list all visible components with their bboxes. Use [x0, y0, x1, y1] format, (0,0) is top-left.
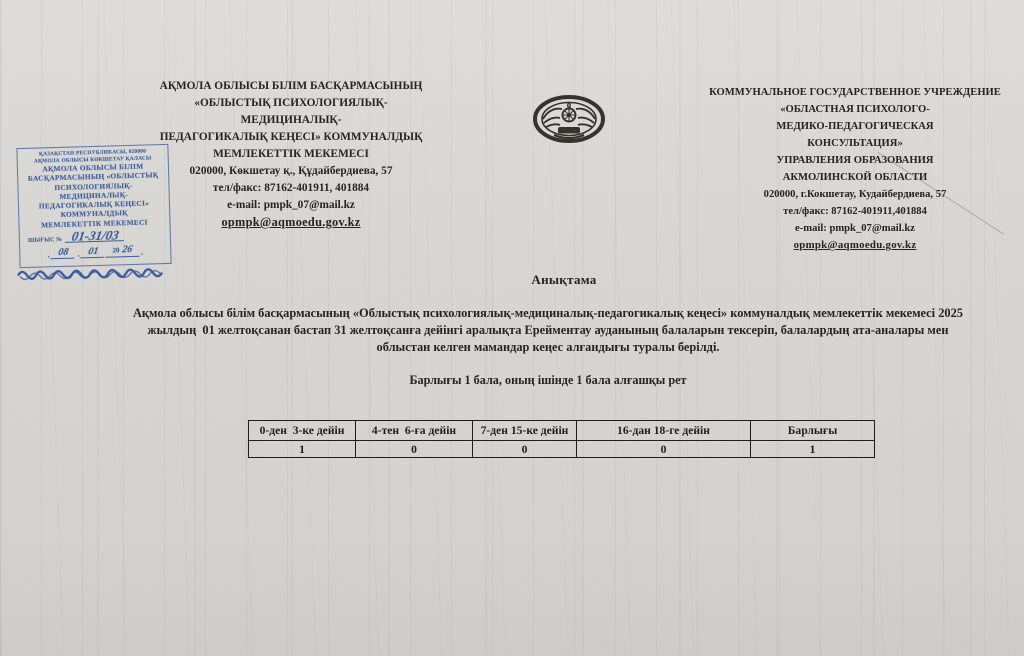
date-month-handwritten: 01 [80, 246, 106, 259]
org-name-line: АКМОЛИНСКОЙ ОБЛАСТИ [672, 169, 1024, 186]
value-7-15: 0 [473, 441, 577, 458]
org-name-line: АҚМОЛА ОБЛЫСЫ БІЛІМ БАСҚАРМАСЫНЫҢ [108, 78, 474, 95]
dot: . [141, 248, 143, 257]
totals-line: Барлығы 1 бала, оның ішінде 1 бала алғаш… [78, 373, 1018, 388]
scanned-certificate-page: АҚМОЛА ОБЛЫСЫ БІЛІМ БАСҚАРМАСЫНЫҢ «ОБЛЫС… [0, 0, 1024, 656]
registration-stamp: ҚАЗАҚСТАН РЕСПУБЛИКАСЫ, 020000 АҚМОЛА ОБ… [16, 144, 171, 268]
body-line: Ақмола облысы білім басқармасының «Облыс… [78, 305, 1018, 322]
org-phone: тел/факс: 87162-401911,401884 [672, 203, 1024, 220]
org-name-line: МЕДИКО-ПЕДАГОГИЧЕСКАЯ [672, 118, 1024, 135]
org-name-line: КОММУНАЛЬНОЕ ГОСУДАРСТВЕННОЕ УЧРЕЖДЕНИЕ [672, 84, 1024, 101]
org-name-line: МЕДИЦИНАЛЫҚ- [108, 112, 474, 129]
outgoing-number-handwritten: 01-31/03 [65, 229, 126, 243]
value-total: 1 [751, 441, 875, 458]
org-address: 020000, г.Кокшетау, Кудайбердиева, 57 [672, 186, 1024, 203]
col-header-0-3: 0-ден 3-ке дейін [249, 421, 356, 441]
org-name-line: КОНСУЛЬТАЦИЯ» [672, 135, 1024, 152]
org-name-line: «ОБЛЫСТЫҚ ПСИХОЛОГИЯЛЫҚ- [108, 95, 474, 112]
age-breakdown-table: 0-ден 3-ке дейін 4-тен 6-ға дейін 7-ден … [248, 420, 875, 458]
date-day-handwritten: 08 [50, 247, 76, 260]
org-name-line: УПРАВЛЕНИЯ ОБРАЗОВАНИЯ [672, 152, 1024, 169]
body-line: жылдың 01 желтоқсанан бастап 31 желтоқса… [78, 322, 1018, 339]
value-4-6: 0 [356, 441, 473, 458]
document-title: Анықтама [104, 272, 1024, 288]
col-header-16-18: 16-дан 18-ге дейін [577, 421, 751, 441]
letterhead-russian: КОММУНАЛЬНОЕ ГОСУДАРСТВЕННОЕ УЧРЕЖДЕНИЕ … [672, 84, 1024, 254]
year-prefix-printed: 20 [112, 246, 119, 254]
table-value-row: 1 0 0 0 1 [249, 441, 875, 458]
col-header-total: Барлығы [751, 421, 875, 441]
body-paragraph: Ақмола облысы білім басқармасының «Облыс… [78, 305, 1018, 356]
table-header-row: 0-ден 3-ке дейін 4-тен 6-ға дейін 7-ден … [249, 421, 875, 441]
org-email-underlined: opmpk@aqmoedu.gov.kz [672, 237, 1024, 254]
outgoing-number-label: ШЫҒЫС № [28, 237, 62, 244]
stamp-outgoing-number: ШЫҒЫС № 01-31/03 [28, 228, 168, 244]
org-name-line: «ОБЛАСТНАЯ ПСИХОЛОГО- [672, 101, 1024, 118]
col-header-4-6: 4-тен 6-ға дейін [356, 421, 473, 441]
stamp-date: . 08 . 01 20 26 . [22, 243, 168, 260]
value-16-18: 0 [577, 441, 751, 458]
year-suffix-handwritten: 26 [121, 244, 133, 255]
kazakhstan-emblem-icon [531, 94, 607, 148]
org-email: e-mail: pmpk_07@mail.kz [672, 220, 1024, 237]
body-line: облыстан келген мамандар кеңес алғандығы… [78, 339, 1018, 356]
date-year: 20 26 [105, 244, 139, 258]
col-header-7-15: 7-ден 15-ке дейін [473, 421, 577, 441]
value-0-3: 1 [249, 441, 356, 458]
